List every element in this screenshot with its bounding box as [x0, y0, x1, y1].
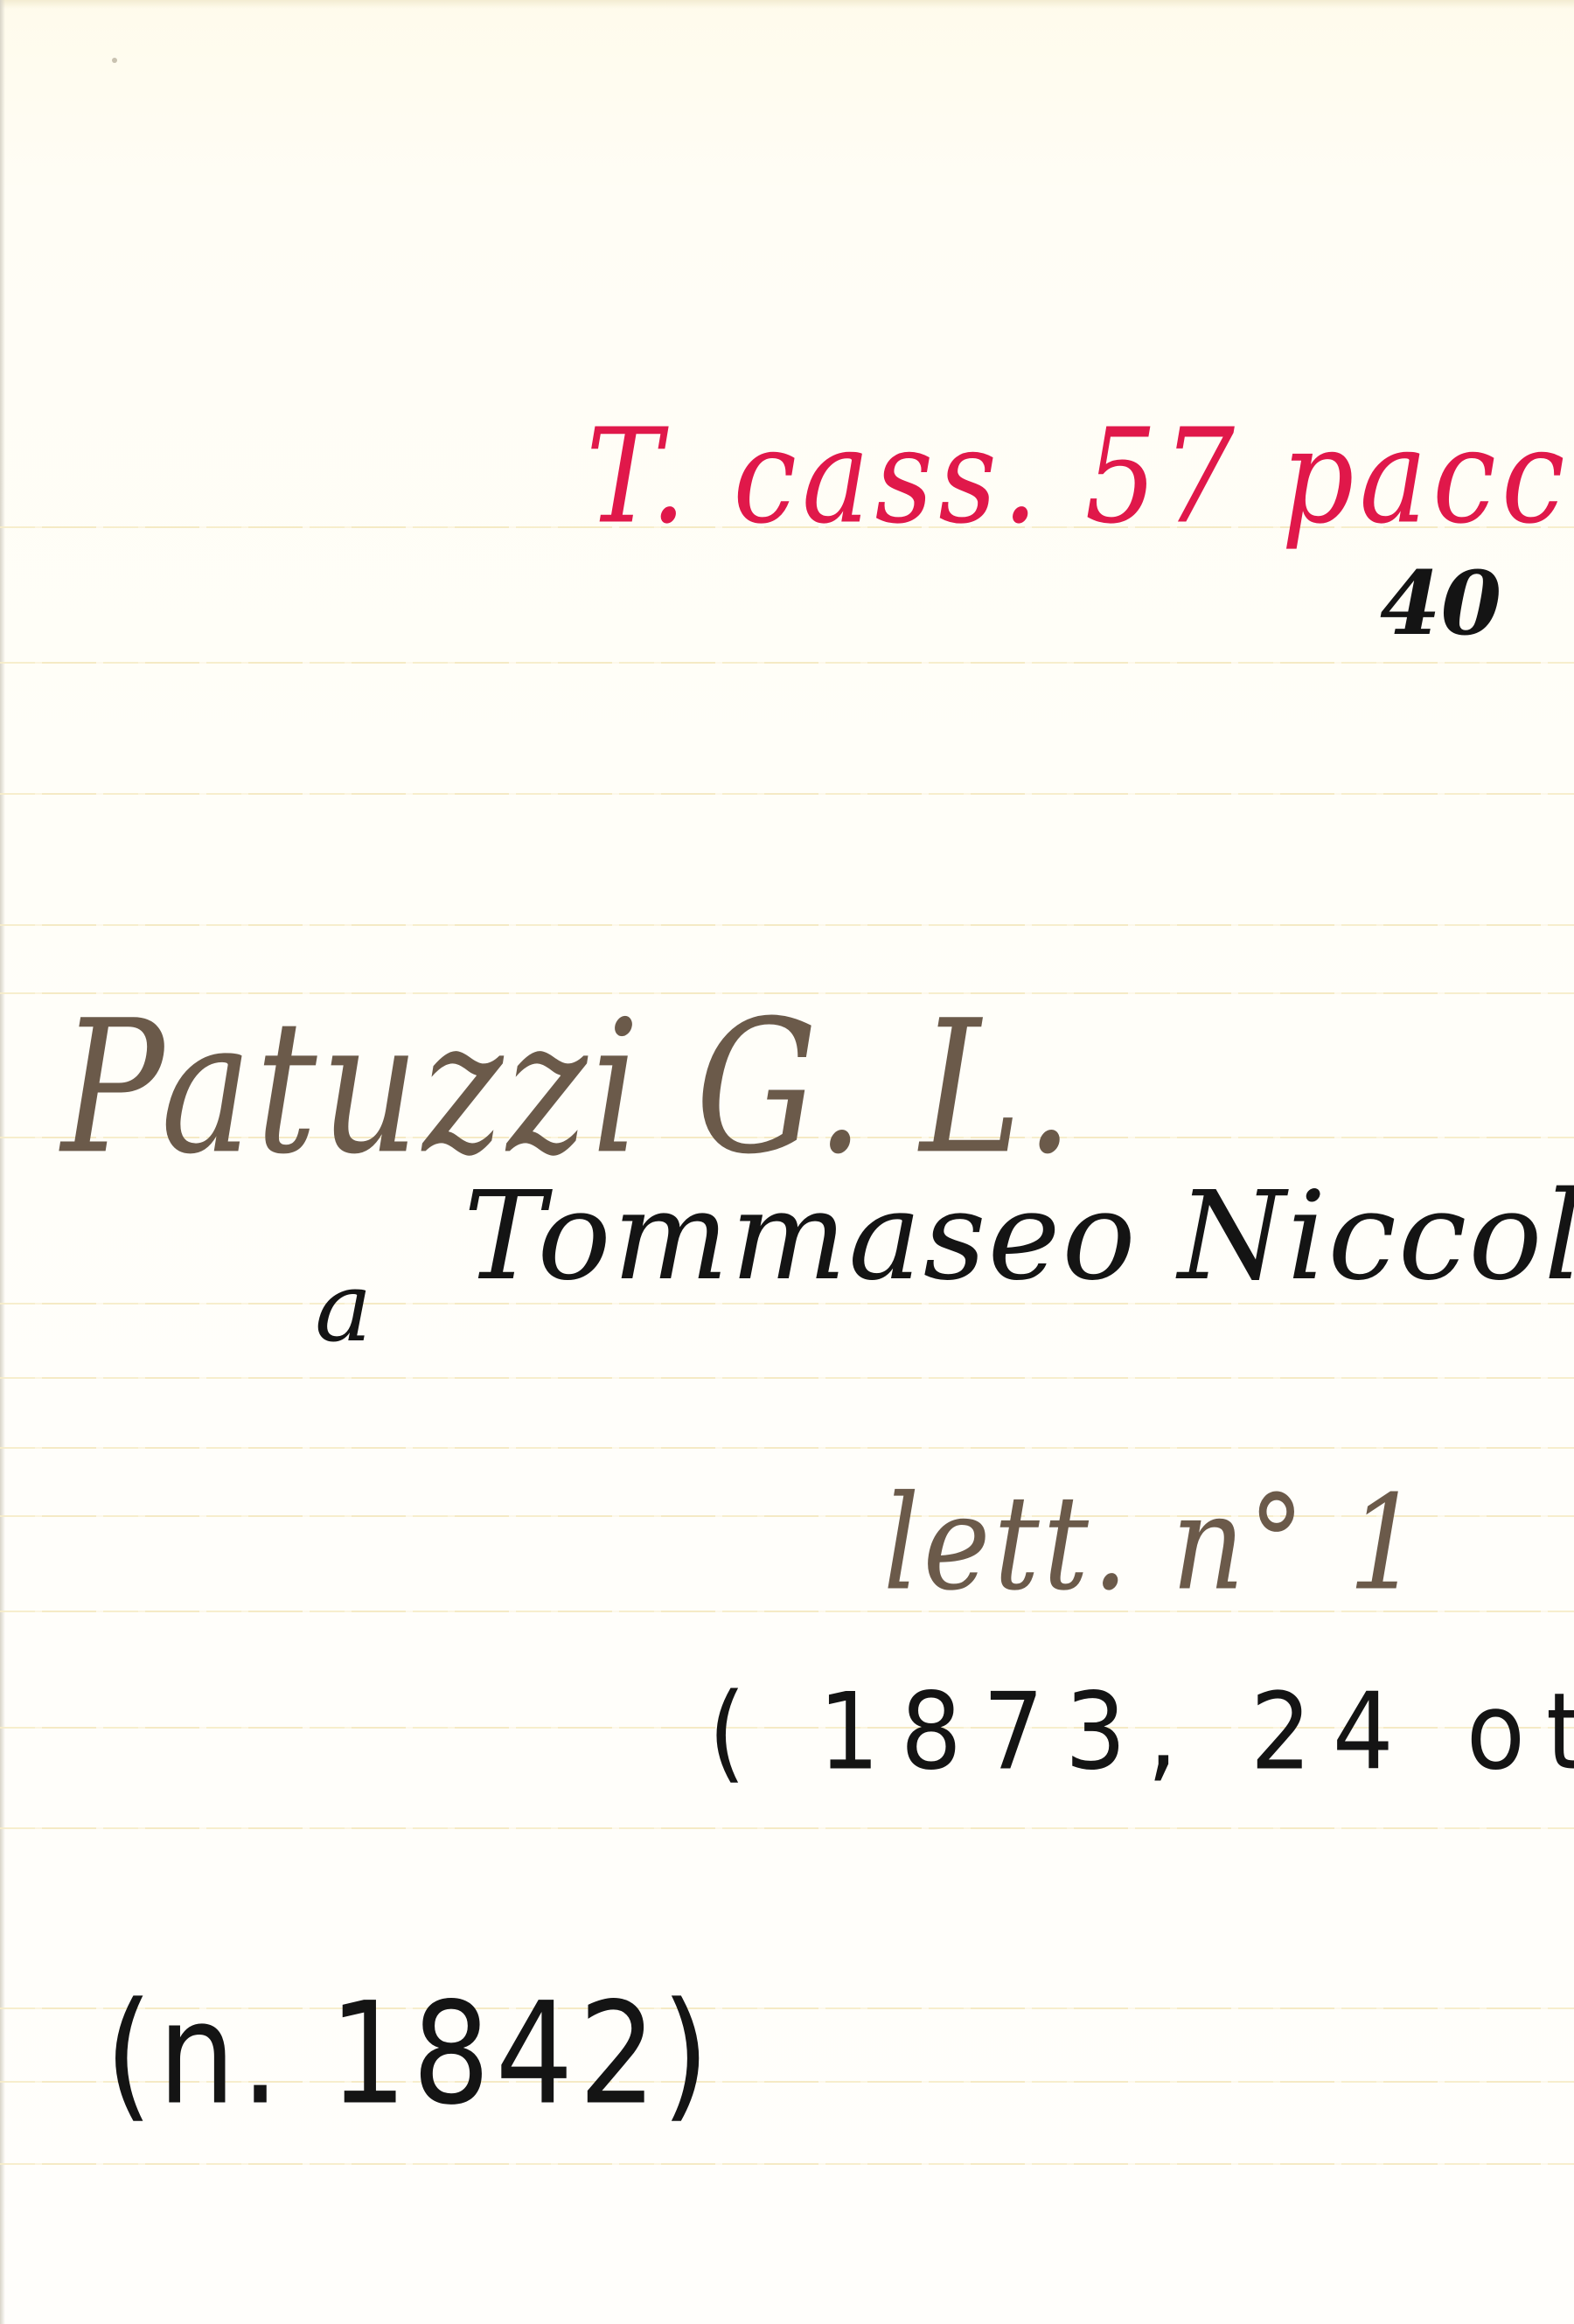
- ruled-line: [0, 1377, 1574, 1379]
- catalog-card: T. cass. 57 pacco 110. 40 Patuzzi G. L. …: [0, 0, 1574, 2324]
- letter-count: lett. n° 1: [883, 1478, 1424, 1609]
- ruled-line: [0, 662, 1574, 664]
- author-name: Patuzzi G. L.: [61, 997, 1077, 1180]
- recipient-preposition: a: [315, 1259, 373, 1355]
- ruled-line: [0, 924, 1574, 926]
- ruled-line: [0, 2163, 1574, 2165]
- paper-speck: [112, 58, 117, 63]
- ruled-line: [0, 1827, 1574, 1829]
- birth-year: (n. 1842): [105, 1985, 714, 2126]
- recipient-name: Tommaseo Niccolò: [463, 1176, 1574, 1298]
- shelfmark-fascicle-number: 40: [1380, 560, 1501, 647]
- ruled-line: [0, 793, 1574, 795]
- card-top-edge: [0, 0, 1574, 9]
- shelfmark-call-number: T. cass. 57 pacco 110.: [586, 411, 1574, 542]
- letter-date: ( 1873, 24 ott. ): [708, 1679, 1574, 1785]
- card-left-edge: [0, 0, 5, 2324]
- ruled-line: [0, 1447, 1574, 1449]
